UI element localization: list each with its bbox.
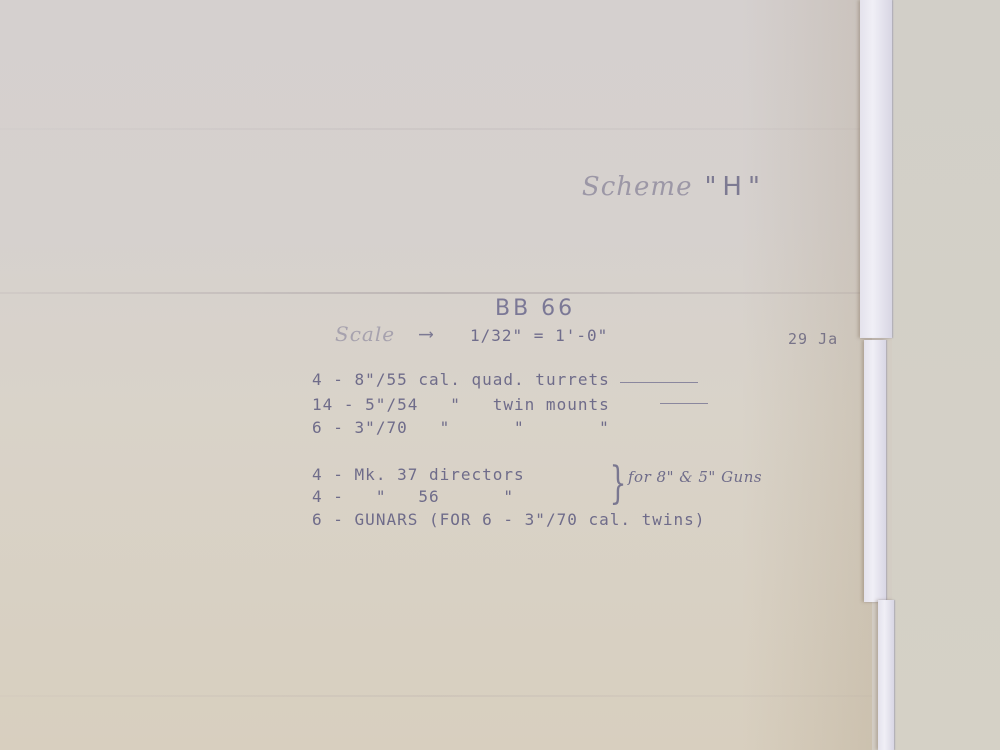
brace-icon: } (610, 462, 627, 506)
quantity: 6 - (312, 510, 344, 529)
fire-control-item: " 56 " (355, 487, 515, 506)
fold-line (0, 128, 872, 130)
quantity: 14 - (312, 395, 355, 414)
armament-item: 3"/70 " " " (355, 418, 610, 437)
underline-mark (620, 382, 698, 383)
armament-line: 4 - 8"/55 cal. quad. turrets (312, 370, 610, 389)
quantity: 4 - (312, 370, 344, 389)
ship-designation: BB 66 (495, 296, 575, 321)
fold-line (0, 695, 872, 697)
armament-item: 8"/55 cal. quad. turrets (355, 370, 610, 389)
armament-line: 14 - 5"/54 " twin mounts (312, 395, 610, 414)
scheme-label: Scheme (582, 172, 693, 202)
backdrop (892, 0, 1000, 750)
quantity: 4 - (312, 465, 344, 484)
brace-note: for 8" & 5" Guns (628, 468, 762, 486)
fire-control-item: Mk. 37 directors (355, 465, 525, 484)
scale-value: 1/32" = 1'-0" (470, 326, 608, 345)
quantity: 6 - (312, 418, 344, 437)
document-photo: Scheme"H" BB 66 Scale ⟶ 1/32" = 1'-0" 29… (0, 0, 1000, 750)
armament-item: 5"/54 " twin mounts (365, 395, 610, 414)
binding-strip (860, 0, 892, 338)
fold-line (0, 292, 872, 294)
binding-strip (878, 600, 894, 750)
fire-control-line: 6 - GUNARS (FOR 6 - 3"/70 cal. twins) (312, 510, 705, 529)
fire-control-item: GUNARS (FOR 6 - 3"/70 cal. twins) (355, 510, 706, 529)
underline-mark (660, 403, 708, 404)
scale-label: Scale (335, 322, 395, 346)
quantity: 4 - (312, 487, 344, 506)
fire-control-line: 4 - " 56 " (312, 487, 514, 506)
scheme-value: "H" (704, 172, 765, 202)
fire-control-line: 4 - Mk. 37 directors (312, 465, 525, 484)
arrow-icon: ⟶ (420, 321, 433, 345)
binding-strip (864, 340, 886, 602)
date-fragment: 29 Ja (788, 330, 838, 348)
paper-sheet: Scheme"H" BB 66 Scale ⟶ 1/32" = 1'-0" 29… (0, 0, 872, 750)
scheme-title: Scheme"H" (482, 142, 766, 232)
armament-line: 6 - 3"/70 " " " (312, 418, 610, 437)
